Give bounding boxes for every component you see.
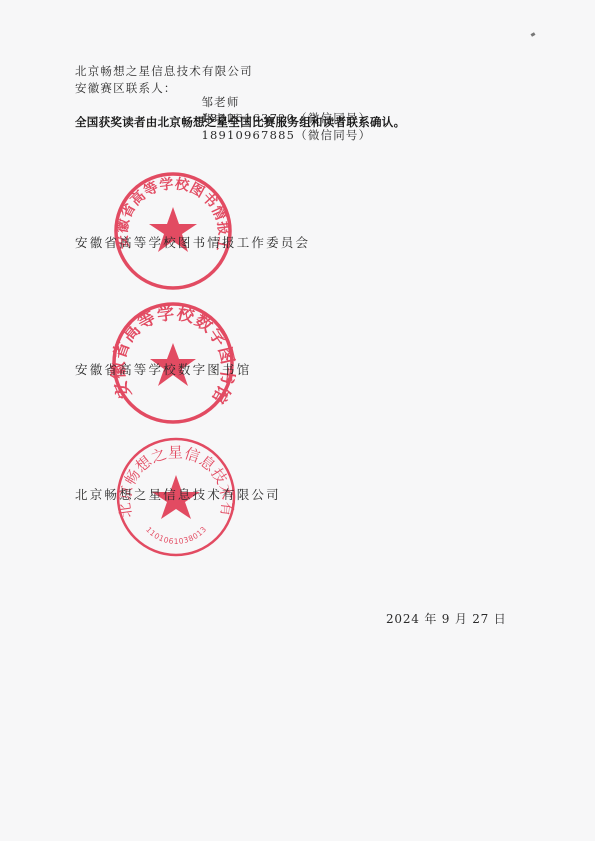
scan-speck bbox=[531, 32, 536, 37]
seal-stamp-1: 安徽省高等学校图书情报工作委员会 bbox=[112, 170, 234, 292]
svg-text:1101061038013: 1101061038013 bbox=[144, 524, 209, 545]
contact-2-phone: 18910967885 bbox=[201, 128, 295, 142]
company-name: 北京畅想之星信息技术有限公司 bbox=[75, 63, 253, 79]
signatory-2-name: 安徽省高等学校数字图书馆 bbox=[75, 360, 251, 378]
signatory-1-name: 安徽省高等学校图书情报工作委员会 bbox=[75, 233, 310, 251]
document-date: 2024 年 9 月 27 日 bbox=[386, 610, 507, 627]
contact-2-note: （微信同号） bbox=[295, 128, 371, 142]
confirmation-text: 全国获奖读者由北京畅想之星全国比赛服务组和读者联系确认。 bbox=[75, 114, 405, 130]
signatory-3-name: 北京畅想之星信息技术有限公司 bbox=[75, 485, 281, 503]
contact-label: 安徽赛区联系人： bbox=[75, 80, 177, 96]
